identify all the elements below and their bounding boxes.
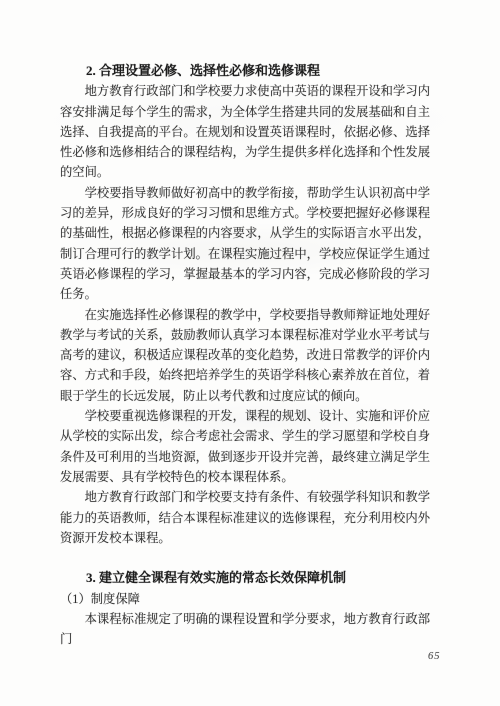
paragraph-5: 地方教育行政部门和学校要支持有条件、有较强学科知识和教学能力的英语教师，结合本课…	[60, 487, 430, 548]
sub-heading-1: （1）制度保障	[60, 589, 430, 609]
document-page: 2. 合理设置必修、选择性必修和选修课程 地方教育行政部门和学校要力求使高中英语…	[0, 0, 500, 706]
page-number: 65	[428, 651, 441, 662]
section-heading-3: 3. 建立健全课程有效实施的常态长效保障机制	[60, 568, 430, 588]
paragraph-2: 学校要指导教师做好初高中的教学衔接，帮助学生认识初高中学习的差异，形成良好的学习…	[60, 183, 430, 305]
section-heading-2: 2. 合理设置必修、选择性必修和选修课程	[60, 61, 430, 81]
paragraph-1: 地方教育行政部门和学校要力求使高中英语的课程开设和学习内容安排满足每个学生的需求…	[60, 81, 430, 182]
paragraph-6: 本课程标准规定了明确的课程设置和学分要求，地方教育行政部门	[60, 609, 430, 650]
paragraph-4: 学校要重视选修课程的开发，课程的规划、设计、实施和评价应从学校的实际出发，综合考…	[60, 406, 430, 487]
page-text-block: 2. 合理设置必修、选择性必修和选修课程 地方教育行政部门和学校要力求使高中英语…	[60, 61, 430, 650]
paragraph-3: 在实施选择性必修课程的教学中，学校要指导教师辩证地处理好教学与考试的关系，鼓励教…	[60, 305, 430, 406]
